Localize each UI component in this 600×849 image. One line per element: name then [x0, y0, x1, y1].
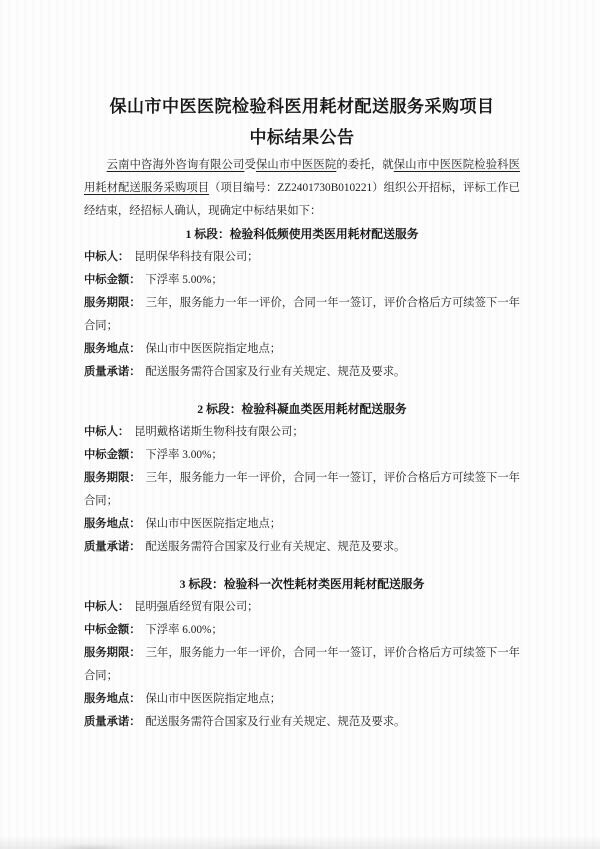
section-3-heading: 3 标段：检验科一次性耗材类医用耗材配送服务 — [84, 573, 520, 596]
field-value: 配送服务需符合国家及行业有关规定、规范及要求。 — [146, 716, 406, 728]
field-quality: 质量承诺：配送服务需符合国家及行业有关规定、规范及要求。 — [84, 536, 520, 559]
document-page: 保山市中医医院检验科医用耗材配送服务采购项目 中标结果公告 云南中咨海外咨询有限… — [0, 0, 600, 849]
field-label: 质量承诺： — [84, 366, 141, 378]
field-location: 服务地点：保山市中医医院指定地点； — [84, 688, 520, 711]
field-label: 质量承诺： — [84, 541, 141, 553]
field-label: 中标人： — [84, 251, 129, 263]
intro-paragraph: 云南中咨海外咨询有限公司受保山市中医医院的委托，就保山市中医医院检验科医用耗材配… — [84, 154, 520, 223]
field-quality: 质量承诺：配送服务需符合国家及行业有关规定、规范及要求。 — [84, 711, 520, 734]
field-label: 中标金额： — [84, 274, 141, 286]
agency-name: 云南中咨海外咨询有限公司 — [107, 159, 245, 171]
document-title-line2: 中标结果公告 — [84, 122, 520, 154]
document-title-line1: 保山市中医医院检验科医用耗材配送服务采购项目 — [84, 92, 520, 122]
field-value: 三年，服务能力一年一评价，合同一年一签订，评价合格后方可续签下一年合同； — [84, 647, 520, 682]
field-winner: 中标人：昆明戴格诺斯生物科技有限公司； — [84, 421, 520, 444]
field-label: 中标金额： — [84, 449, 141, 461]
field-label: 服务地点： — [84, 518, 141, 530]
field-amount: 中标金额：下浮率 5.00%； — [84, 269, 520, 292]
field-value: 保山市中医医院指定地点； — [146, 343, 282, 355]
field-location: 服务地点：保山市中医医院指定地点； — [84, 338, 520, 361]
field-winner: 中标人：昆明强盾经贸有限公司； — [84, 596, 520, 619]
field-label: 中标人： — [84, 426, 129, 438]
field-value: 保山市中医医院指定地点； — [146, 518, 282, 530]
field-label: 中标金额： — [84, 624, 141, 636]
field-label: 质量承诺： — [84, 716, 141, 728]
field-term: 服务期限：三年，服务能力一年一评价，合同一年一签订，评价合格后方可续签下一年合同… — [84, 467, 520, 513]
field-term: 服务期限：三年，服务能力一年一评价，合同一年一签订，评价合格后方可续签下一年合同… — [84, 292, 520, 338]
field-location: 服务地点：保山市中医医院指定地点； — [84, 513, 520, 536]
field-label: 服务期限： — [84, 647, 141, 659]
client-name: 保山市中医医院 — [256, 159, 336, 171]
field-value: 三年，服务能力一年一评价，合同一年一签订，评价合格后方可续签下一年合同； — [84, 472, 520, 507]
field-label: 服务地点： — [84, 343, 141, 355]
field-label: 中标人： — [84, 601, 129, 613]
field-value: 昆明强盾经贸有限公司； — [134, 601, 258, 613]
field-label: 服务地点： — [84, 693, 141, 705]
intro-connector-2: 的委托，就 — [336, 159, 393, 171]
field-value: 下浮率 5.00%； — [146, 274, 223, 286]
field-term: 服务期限：三年，服务能力一年一评价，合同一年一签订，评价合格后方可续签下一年合同… — [84, 642, 520, 688]
field-label: 服务期限： — [84, 297, 141, 309]
intro-connector-1: 受 — [244, 159, 256, 171]
field-value: 配送服务需符合国家及行业有关规定、规范及要求。 — [146, 366, 406, 378]
field-value: 下浮率 3.00%； — [146, 449, 223, 461]
section-2-heading: 2 标段：检验科凝血类医用耗材配送服务 — [84, 398, 520, 421]
field-value: 三年，服务能力一年一评价，合同一年一签订，评价合格后方可续签下一年合同； — [84, 297, 520, 332]
field-value: 配送服务需符合国家及行业有关规定、规范及要求。 — [146, 541, 406, 553]
field-winner: 中标人：昆明保华科技有限公司； — [84, 246, 520, 269]
field-label: 服务期限： — [84, 472, 141, 484]
field-quality: 质量承诺：配送服务需符合国家及行业有关规定、规范及要求。 — [84, 361, 520, 384]
field-amount: 中标金额：下浮率 3.00%； — [84, 444, 520, 467]
field-value: 保山市中医医院指定地点； — [146, 693, 282, 705]
field-value: 昆明保华科技有限公司； — [134, 251, 258, 263]
field-amount: 中标金额：下浮率 6.00%； — [84, 619, 520, 642]
field-value: 下浮率 6.00%； — [146, 624, 223, 636]
field-value: 昆明戴格诺斯生物科技有限公司； — [134, 426, 303, 438]
section-1-heading: 1 标段：检验科低频使用类医用耗材配送服务 — [84, 223, 520, 246]
